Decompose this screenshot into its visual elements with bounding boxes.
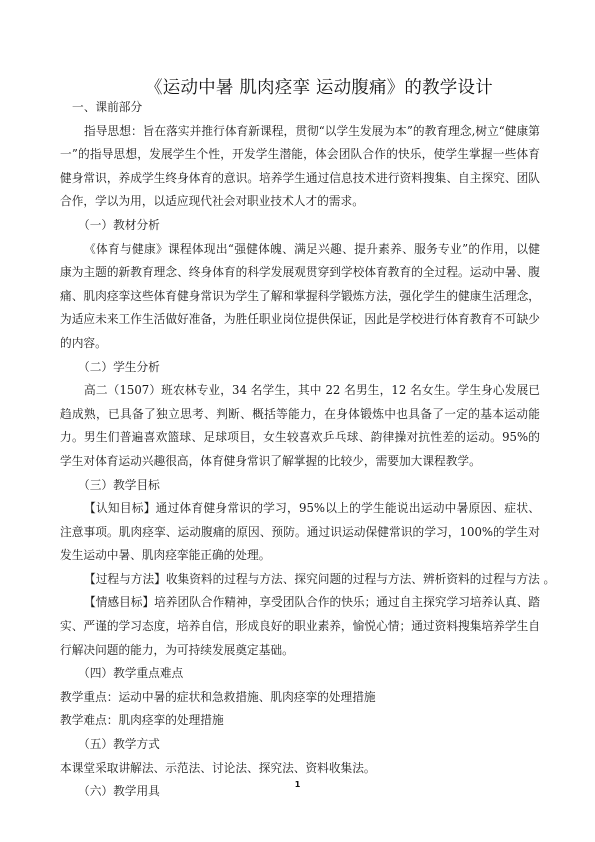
subheading-teaching-goals: （三）教学目标 — [60, 474, 540, 498]
teaching-methods-line: 本课堂采取讲解法、示范法、讨论法、探究法、资料收集法。 — [60, 757, 540, 781]
process-goal-text: 收集资料的过程与方法、探究问题的过程与方法、辨析资料的过程与方法 。 — [166, 572, 555, 586]
document-body: 一、课前部分 指导思想：旨在落实并推行体育新课程，贯彻“以学生发展为本”的教育理… — [60, 96, 540, 804]
emotion-goal-paragraph: 【情感目标】培养团队合作精神，享受团队合作的快乐；通过自主探究学习培养认真、踏实… — [60, 591, 540, 662]
process-goal-label: 【过程与方法】 — [84, 572, 166, 586]
cognitive-goal-label: 【认知目标】 — [84, 501, 156, 515]
student-analysis-paragraph: 高二（1507）班农林专业，34 名学生，其中 22 名男生，12 名女生。学生… — [60, 379, 540, 473]
material-analysis-paragraph: 《体育与健康》课程体现出“强健体魄、满足兴趣、提升素养、服务专业”的作用，以健康… — [60, 238, 540, 356]
page-number: 1 — [0, 780, 595, 789]
guiding-idea-paragraph: 指导思想：旨在落实并推行体育新课程，贯彻“以学生发展为本”的教育理念,树立“健康… — [60, 120, 540, 214]
cognitive-goal-paragraph: 【认知目标】通过体育健身常识的学习，95%以上的学生能说出运动中暑原因、症状、注… — [60, 497, 540, 568]
subheading-teaching-methods: （五）教学方式 — [60, 733, 540, 757]
subheading-key-difficult-points: （四）教学重点难点 — [60, 662, 540, 686]
subheading-student-analysis: （二）学生分析 — [60, 356, 540, 380]
section-heading-pre-class: 一、课前部分 — [60, 96, 540, 120]
key-point-line: 教学重点：运动中暑的症状和急救措施、肌肉痉挛的处理措施 — [60, 686, 540, 710]
subheading-material-analysis: （一）教材分析 — [60, 214, 540, 238]
emotion-goal-label: 【情感目标】 — [84, 595, 154, 609]
document-page: 《运动中暑 肌肉痉挛 运动腹痛》的教学设计 一、课前部分 指导思想：旨在落实并推… — [0, 0, 595, 842]
process-goal-paragraph: 【过程与方法】收集资料的过程与方法、探究问题的过程与方法、辨析资料的过程与方法 … — [60, 568, 540, 592]
difficult-point-line: 教学难点：肌肉痉挛的处理措施 — [60, 709, 540, 733]
